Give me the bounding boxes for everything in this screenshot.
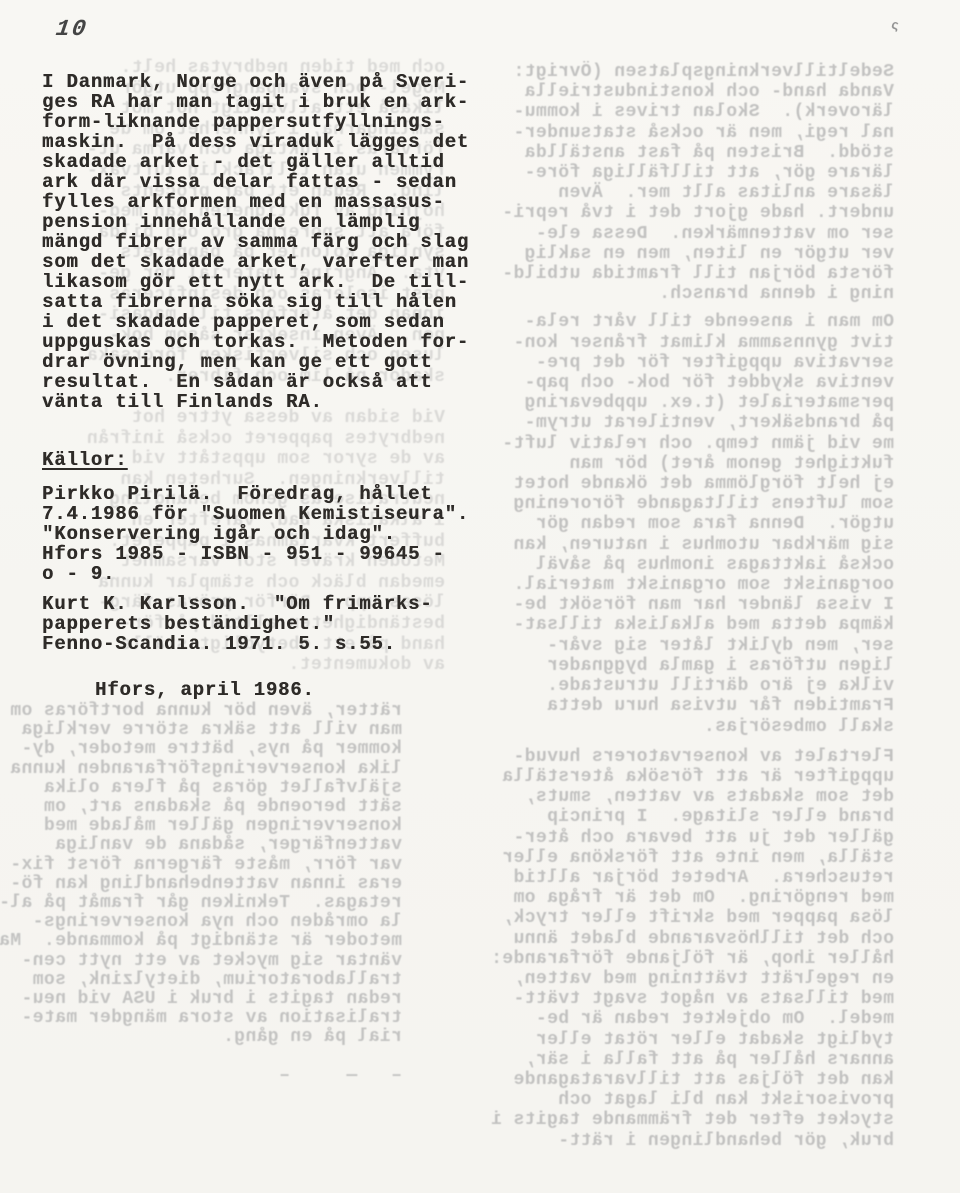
bleedthrough-right-paragraph-2: Om man i anseende till vårt rela-tivt gy… — [454, 312, 894, 736]
dateline: Hfors, april 1986. — [42, 680, 478, 700]
margin-pencil-mark: ς — [890, 17, 900, 33]
bleedthrough-right-paragraph-1: Sedeltillverkningsplatsen (Övrigt:Vanda … — [454, 62, 894, 304]
source-entry-2: Kurt K. Karlsson. "Om frimärks-papperets… — [42, 594, 478, 654]
page-number: 10 — [54, 16, 89, 42]
scanned-document-page: och med tiden nedbrytas helt.Mögel- och … — [0, 0, 960, 1193]
bleedthrough-left-lower: rätter, även bör kunna bortföras omman v… — [0, 702, 402, 1086]
body-text-column: I Danmark, Norge och även på Sveri-ges R… — [42, 72, 478, 700]
bleedthrough-right-column: Sedeltillverkningsplatsen (Övrigt:Vanda … — [454, 62, 894, 1151]
bleedthrough-right-paragraph-3: Flertalet av konservatorers huvud-uppgif… — [454, 747, 894, 1151]
sources-heading: Källor: — [42, 450, 478, 470]
bleedthrough-gap — [454, 737, 894, 747]
bleedthrough-gap — [454, 304, 894, 312]
source-entry-1: Pirkko Pirilä. Föredrag, hållet7.4.1986 … — [42, 484, 478, 584]
main-paragraph: I Danmark, Norge och även på Sveri-ges R… — [42, 72, 478, 412]
